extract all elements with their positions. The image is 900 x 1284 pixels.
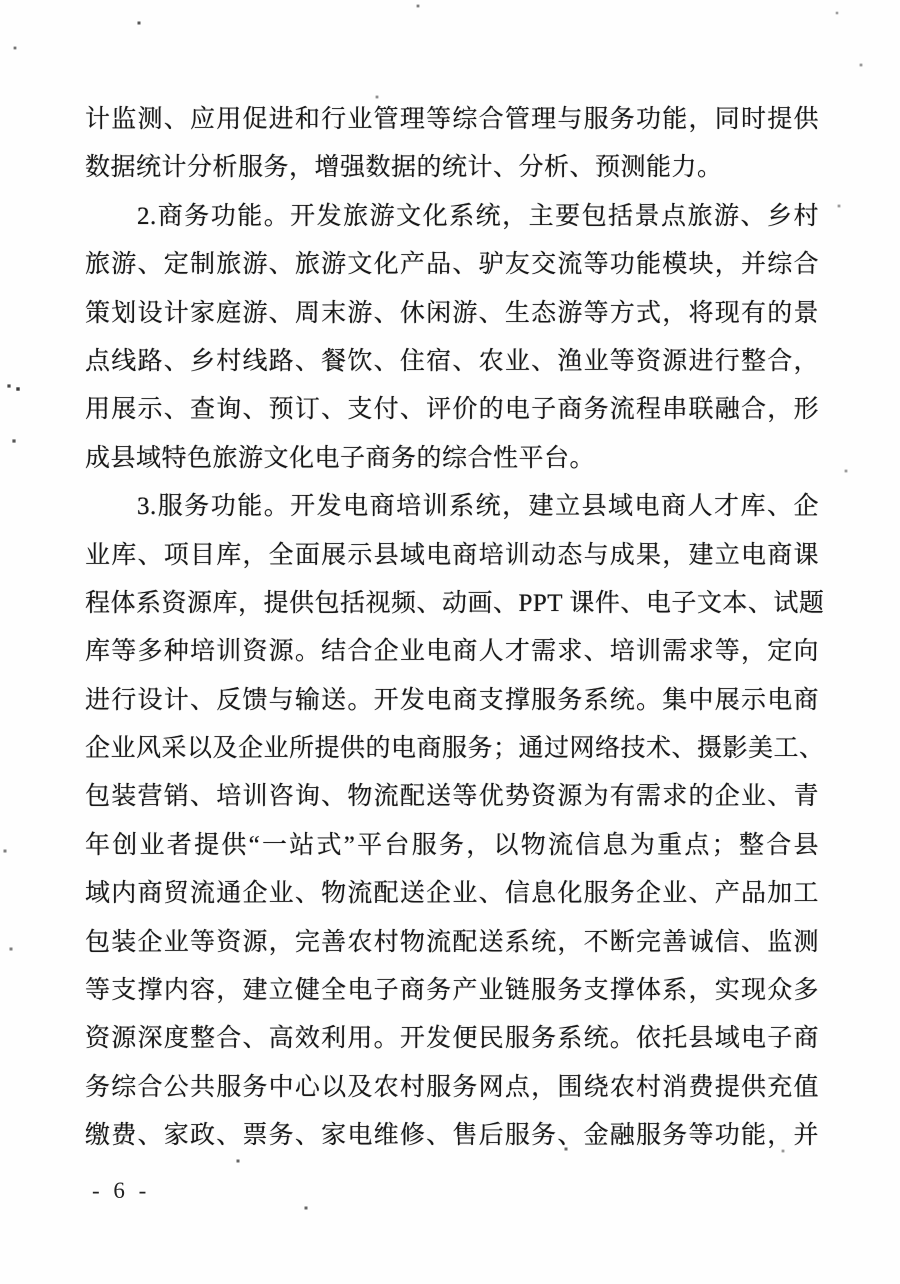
text-line: 成县域特色旅游文化电子商务的综合性平台。: [85, 435, 819, 483]
text-line: 旅游、定制旅游、旅游文化产品、驴友交流等功能模块，并综合: [85, 241, 819, 289]
text-line: 务综合公共服务中心以及农村服务网点，围绕农村消费提供充值: [85, 1064, 819, 1112]
text-line: 数据统计分析服务，增强数据的统计、分析、预测能力。: [85, 144, 819, 192]
text-line: 计监测、应用促进和行业管理等综合管理与服务功能，同时提供: [85, 96, 819, 144]
text-line: 进行设计、反馈与输送。开发电商支撑服务系统。集中展示电商: [85, 677, 819, 725]
text-line: 3.服务功能。开发电商培训系统，建立县域电商人才库、企: [85, 483, 819, 531]
scan-noise-specks: [0, 0, 2, 2]
document-text-block: 计监测、应用促进和行业管理等综合管理与服务功能，同时提供 数据统计分析服务，增强…: [85, 96, 819, 1161]
text-line: 资源深度整合、高效利用。开发便民服务系统。依托县域电子商: [85, 1015, 819, 1063]
text-line: 域内商贸流通企业、物流配送企业、信息化服务企业、产品加工: [85, 870, 819, 918]
text-line: 包装企业等资源，完善农村物流配送系统，不断完善诚信、监测: [85, 919, 819, 967]
text-line: 业库、项目库，全面展示县域电商培训动态与成果，建立电商课: [85, 532, 819, 580]
text-line: 程体系资源库，提供包括视频、动画、PPT 课件、电子文本、试题: [85, 580, 819, 628]
text-line: 企业风采以及企业所提供的电商服务；通过网络技术、摄影美工、: [85, 725, 819, 773]
text-line: 包装营销、培训咨询、物流配送等优势资源为有需求的企业、青: [85, 773, 819, 821]
text-line: 库等多种培训资源。结合企业电商人才需求、培训需求等，定向: [85, 628, 819, 676]
text-line: 2.商务功能。开发旅游文化系统，主要包括景点旅游、乡村: [85, 193, 819, 241]
text-line: 策划设计家庭游、周末游、休闲游、生态游等方式，将现有的景: [85, 290, 819, 338]
text-line: 点线路、乡村线路、餐饮、住宿、农业、渔业等资源进行整合，: [85, 338, 819, 386]
text-line: 年创业者提供“一站式”平台服务，以物流信息为重点；整合县: [85, 822, 819, 870]
page-number: - 6 -: [92, 1178, 150, 1204]
text-line: 用展示、查询、预订、支付、评价的电子商务流程串联融合，形: [85, 386, 819, 434]
document-page: 计监测、应用促进和行业管理等综合管理与服务功能，同时提供 数据统计分析服务，增强…: [0, 0, 900, 1284]
text-line: 缴费、家政、票务、家电维修、售后服务、金融服务等功能，并: [85, 1112, 819, 1160]
text-line: 等支撑内容，建立健全电子商务产业链服务支撑体系，实现众多: [85, 967, 819, 1015]
